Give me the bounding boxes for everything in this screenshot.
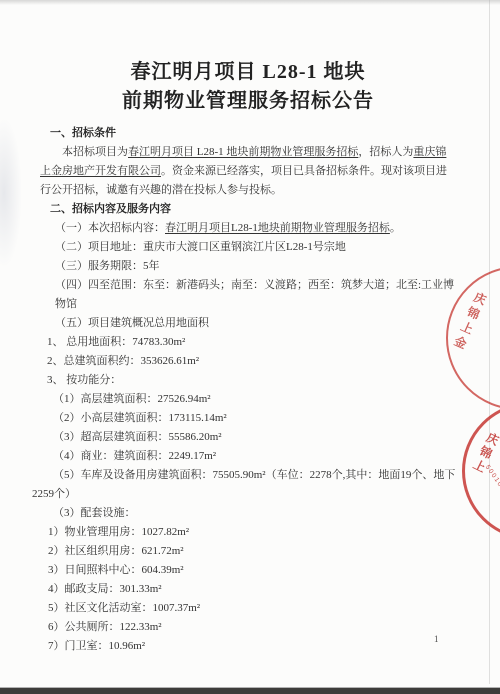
item-project-overview: （五）项目建筑概况总用地面积 [40,314,456,333]
scan-smudge-artifact [0,118,22,268]
scan-right-page-edge [489,0,490,684]
facility-daycare-center: 3）日间照料中心：604.39m² [40,561,456,580]
item-garage-area: （5）车库及设备用房建筑面积：75505.90m²（车位：2278个,其中：地面… [32,466,456,504]
facility-community-org-room: 2）社区组织用房：621.72m² [40,542,456,561]
seal-lower-digits: 5001040 [484,464,500,497]
para-seg-1-underlined: 春江明月项目 L28-1 地块前期物业管理服务招标 [128,146,358,158]
facility-culture-room: 5）社区文化活动室：1007.37m² [40,599,456,618]
scan-bottom-dark-edge [0,688,500,694]
item-boundaries: （四）四至范围：东至：新港码头；南至：义渡路；西至：筑梦大道；北至:工业博物馆 [40,276,456,314]
section2-heading: 二、招标内容及服务内容 [40,200,456,219]
item-highrise-area: （1）高层建筑面积：27526.94m² [40,390,456,409]
document-title: 春江明月项目 L28-1 地块 前期物业管理服务招标公告 [40,58,456,116]
facility-guard-room: 7）门卫室：10.96m² [40,637,456,656]
title-line-2: 前期物业管理服务招标公告 [40,87,456,116]
scanned-tender-document-page: 春江明月项目 L28-1 地块 前期物业管理服务招标公告 一、招标条件 本招标项… [0,0,500,694]
scan-top-edge-shadow [0,0,500,5]
item-service-period: （三）服务期限：5年 [40,257,456,276]
section1-heading: 一、招标条件 [40,124,456,143]
item-project-address: （二）项目地址：重庆市大渡口区重钢滨江片区L28-1号宗地 [40,238,456,257]
tender-conditions-paragraph: 本招标项目为春江明月项目 L28-1 地块前期物业管理服务招标，招标人为重庆锦上… [40,143,456,200]
seal-lower-text: 庆锦上 [468,430,500,478]
item-total-land-area: 1、 总用地面积：74783.30m² [40,333,456,352]
facility-post-office: 4）邮政支局：301.33m² [40,580,456,599]
facility-property-mgmt-room: 1）物业管理用房：1027.82m² [40,523,456,542]
facilities-heading: （3）配套设施： [40,504,456,523]
title-line-1: 春江明月项目 L28-1 地块 [40,58,456,87]
item-tender-content-underlined: 春江明月项目L28-1地块前期物业管理服务招标 [165,222,390,234]
para-seg-2: ，招标人为 [358,146,413,158]
item-total-building-area: 2、总建筑面积约：353626.61m² [40,352,456,371]
item-super-highrise-area: （3）超高层建筑面积：55586.20m² [40,428,456,447]
company-seal-stamp-lower: 庆锦上 5001040 [462,402,500,540]
item-tender-content-suffix: 。 [390,222,401,234]
page-number: 1 [434,634,439,644]
item-mid-highrise-area: （2）小高层建筑面积：173115.14m² [40,409,456,428]
item-tender-content: （一）本次招标内容：春江明月项目L28-1地块前期物业管理服务招标。 [40,219,456,238]
item-by-function: 3、 按功能分： [40,371,456,390]
document-body: 春江明月项目 L28-1 地块 前期物业管理服务招标公告 一、招标条件 本招标项… [40,58,456,656]
item-tender-content-prefix: （一）本次招标内容： [55,222,165,234]
para-seg-0: 本招标项目为 [62,146,128,158]
facility-public-toilet: 6）公共厕所：122.33m² [40,618,456,637]
item-commercial-area: （4）商业：建筑面积：2249.17m² [40,447,456,466]
